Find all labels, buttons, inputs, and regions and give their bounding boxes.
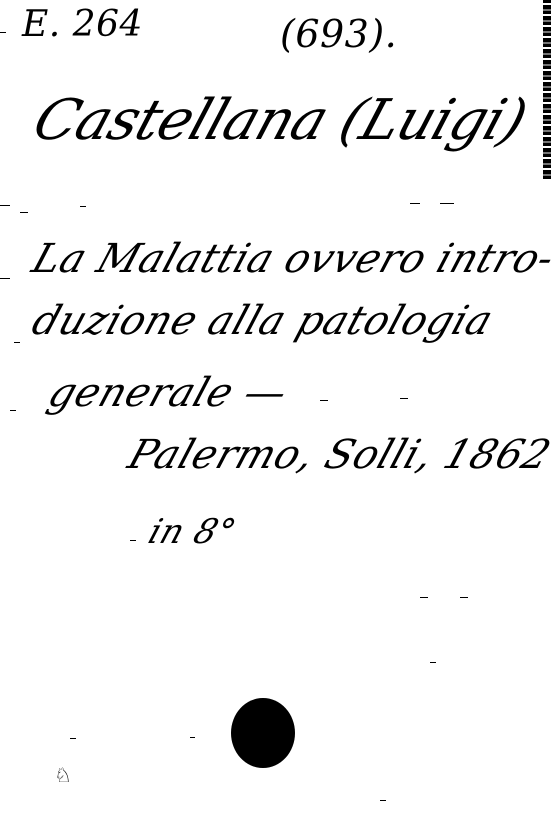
scan-speck: [80, 206, 86, 207]
scan-speck: [440, 203, 454, 204]
scan-speck: [10, 410, 16, 411]
scan-speck: [460, 597, 468, 598]
scan-speck: [420, 597, 428, 598]
scan-speck: [430, 662, 436, 663]
item-number: (693).: [280, 12, 397, 56]
scan-speck: [400, 398, 408, 399]
format: in 8°: [144, 512, 242, 552]
scan-speck: [0, 32, 6, 33]
punch-hole: [231, 698, 295, 768]
scan-speck: [190, 737, 195, 738]
scan-speck: [14, 342, 20, 343]
card-edge: [543, 0, 551, 180]
scan-speck: [380, 800, 386, 801]
scan-speck: [130, 540, 136, 541]
scan-speck: [0, 205, 10, 206]
shelfmark: E. 264: [22, 4, 143, 45]
title-line-3: generale —: [43, 370, 294, 416]
author-heading: Castellana (Luigi): [25, 88, 534, 153]
library-stamp-icon: ♘: [54, 763, 72, 787]
title-line-1: La Malattia ovvero intro-: [27, 236, 551, 282]
title-line-2: duzione alla patologia: [27, 298, 499, 344]
scan-speck: [320, 400, 328, 401]
scan-speck: [410, 203, 420, 204]
catalog-card: E. 264 (693). Castellana (Luigi) La Mala…: [0, 0, 551, 824]
scan-speck: [20, 212, 28, 213]
scan-speck: [0, 278, 10, 279]
scan-speck: [70, 738, 76, 739]
imprint: Palermo, Solli, 1862: [123, 432, 551, 478]
